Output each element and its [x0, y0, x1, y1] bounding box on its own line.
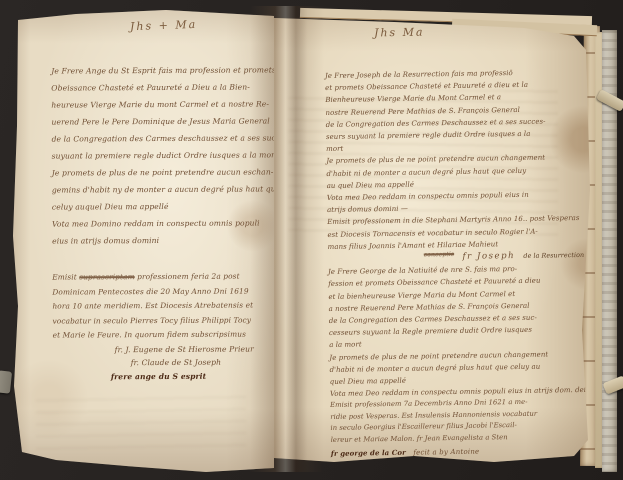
left-page: Jhs + Ma Je Frere Ange du St Esprit fais… — [6, 6, 274, 474]
jhs-ma-monogram: Jhs + Ma — [130, 18, 198, 33]
manuscript-line: Obeissance Chasteté et Pauureté a Dieu a… — [51, 78, 271, 96]
manuscript-line: de la Congregation des Carmes deschausse… — [52, 129, 272, 147]
manuscript-line: Dominicam Pentecostes die 20 May Anno Dn… — [52, 284, 272, 300]
binding-cord — [0, 370, 12, 393]
manuscript-line: hora 10 ante meridiem. Est Diocesis Atre… — [52, 298, 272, 314]
signature-witness: fr. Claude de St Joseph — [131, 355, 273, 369]
signature-prior: fr. J. Eugene de St Hierosme Prieur — [115, 342, 273, 356]
manuscript-line: et Marie le Feure. In quorum fidem subsc… — [53, 327, 273, 343]
manuscript-line: celuy auquel Dieu ma appellé — [52, 197, 272, 215]
jhs-ma-monogram: Jhs Ma — [374, 26, 425, 40]
act-word: Emisit — [52, 272, 77, 281]
act-word: professionem feria 2a post — [137, 272, 240, 282]
manuscript-line: suyuant la premiere regle dudict Ordre i… — [52, 146, 272, 164]
manuscript-line: eius in atrijs domus domini — [52, 231, 272, 249]
manuscript-line: heureuse Vierge Marie du mont Carmel et … — [51, 95, 271, 113]
manuscript-photo: Jhs + Ma Je Frere Ange du St Esprit fais… — [0, 0, 623, 480]
signature-joseph-row: conceptis fr Joseph de la Resurrection — [424, 249, 576, 265]
crossed-out-word: conceptis — [424, 251, 454, 258]
ink-bleedthrough — [36, 396, 246, 456]
signature-george: fr george de la Cor — [331, 448, 406, 458]
manuscript-line: gemins d'habit ny de monter a aucun degr… — [52, 180, 272, 198]
manuscript-line: Je Frere Ange du St Esprit fais ma profe… — [51, 61, 271, 79]
signature-professed: frere ange du S esprit — [111, 369, 273, 383]
right-page-act-george: Emisit professionem 7a Decembris Anno Dn… — [330, 397, 579, 447]
signature-joseph: fr Joseph — [462, 251, 515, 262]
manuscript-line: Vota mea Domino reddam in conspectu omni… — [52, 214, 272, 232]
right-page-text: Je Frere Joseph de la Resurrection fais … — [325, 66, 579, 472]
manuscript-line: vocabatur in seculo Pierres Tocy filius … — [52, 313, 272, 329]
signature-george-tail: fecit a by Antoine — [413, 448, 479, 457]
manuscript-line: uerend Pere le Pere Dominique de Jesus M… — [51, 112, 271, 130]
left-page-text: Je Frere Ange du St Esprit fais ma profe… — [51, 61, 273, 383]
manuscript-line: Emisit suprascriptam professionem feria … — [52, 269, 272, 285]
signature-flourish: Celos — [361, 456, 579, 472]
crossed-out-word: suprascriptam — [79, 272, 135, 281]
signature-joseph-note: de la Resurrection — [523, 251, 584, 260]
left-page-act: Emisit suprascriptam professionem feria … — [52, 269, 272, 343]
right-page: Jhs Ma Je Frere Joseph de la Resurrectio… — [274, 10, 596, 472]
manuscript-line: Je promets de plus de ne point pretendre… — [52, 163, 272, 181]
left-page-signatures: fr. J. Eugene de St Hierosme Prieur fr. … — [53, 342, 273, 384]
